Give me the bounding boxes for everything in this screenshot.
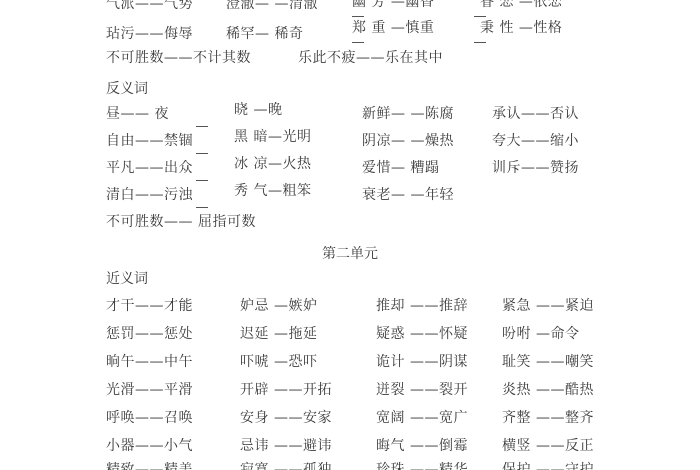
unit-title: 第二单元 xyxy=(0,243,700,263)
dash-mark xyxy=(352,42,364,43)
word-pair: 不可胜数——不计其数 xyxy=(106,50,251,66)
word-pair: 平凡——出众 xyxy=(106,160,193,176)
word-pair: 衰老— —年轻 xyxy=(362,187,454,203)
word-pair: 不可胜数—— 屈指可数 xyxy=(106,214,256,230)
word-pair: 玷污——侮辱 xyxy=(106,26,193,42)
document-page: 气派——气势 澄澈— —清澈 幽 芳 —幽香 眷 恋 —依恋 玷污——侮辱 稀罕… xyxy=(0,0,700,470)
word-pair: 迟延 —拖延 xyxy=(240,326,317,342)
word-pair: 惩罚——惩处 xyxy=(106,326,193,342)
dash-mark xyxy=(196,153,208,154)
word-pair: 吓唬 —恐吓 xyxy=(240,354,317,370)
word-pair: 乐此不疲——乐在其中 xyxy=(298,50,443,66)
word-pair: 清白——污浊 xyxy=(106,187,193,203)
section-heading-synonyms: 近义词 xyxy=(106,268,148,288)
word-pair: 齐整 ——整齐 xyxy=(502,410,594,426)
word-pair: 疑惑 ——怀疑 xyxy=(376,326,468,342)
word-pair: 黑 暗—光明 xyxy=(234,129,311,145)
word-pair: 开辟 ——开拓 xyxy=(240,382,332,398)
word-pair: 迸裂 ——裂开 xyxy=(376,382,468,398)
dash-mark xyxy=(196,180,208,181)
word-pair: 珍珠 ——精华 xyxy=(376,462,468,470)
word-pair: 爱惜— 糟蹋 xyxy=(362,160,439,176)
word-pair: 妒忌 —嫉妒 xyxy=(240,298,317,314)
dash-mark xyxy=(474,16,486,17)
dash-mark xyxy=(352,16,364,17)
word-pair: 才干——才能 xyxy=(106,298,193,314)
word-pair: 眷 恋 —依恋 xyxy=(480,0,562,10)
word-pair: 晓 —晚 xyxy=(234,102,282,118)
word-pair: 幽 芳 —幽香 xyxy=(352,0,434,10)
word-pair: 稀罕— 稀奇 xyxy=(226,26,303,42)
word-pair: 秀 气—粗笨 xyxy=(234,183,311,199)
word-pair: 光滑——平滑 xyxy=(106,382,193,398)
word-pair: 晦气 ——倒霉 xyxy=(376,438,468,454)
word-pair: 新鲜— —陈腐 xyxy=(362,106,454,122)
word-pair: 忌讳 ——避讳 xyxy=(240,438,332,454)
word-pair: 郑 重 —慎重 xyxy=(352,20,434,36)
word-pair: 呼唤——召唤 xyxy=(106,410,193,426)
word-pair: 横竖 ——反正 xyxy=(502,438,594,454)
word-pair: 阴凉— —燥热 xyxy=(362,133,454,149)
word-pair: 澄澈— —清澈 xyxy=(226,0,318,12)
section-heading-antonyms: 反义词 xyxy=(106,78,148,98)
word-pair: 寂寞 ——孤独 xyxy=(240,462,332,470)
word-pair: 晌午——中午 xyxy=(106,354,193,370)
dash-mark xyxy=(474,42,486,43)
word-pair: 诡计 ——阴谋 xyxy=(376,354,468,370)
word-pair: 冰 凉—火热 xyxy=(234,156,311,172)
word-pair: 训斥——赞扬 xyxy=(492,160,579,176)
word-pair: 小器——小气 xyxy=(106,438,193,454)
word-pair: 自由——禁锢 xyxy=(106,133,193,149)
word-pair: 宽阔 ——宽广 xyxy=(376,410,468,426)
word-pair: 承认——否认 xyxy=(492,106,579,122)
word-pair: 推却 ——推辞 xyxy=(376,298,468,314)
word-pair: 炎热 ——酷热 xyxy=(502,382,594,398)
word-pair: 吩咐 —命令 xyxy=(502,326,579,342)
word-pair: 气派——气势 xyxy=(106,0,193,12)
word-pair: 夸大——缩小 xyxy=(492,133,579,149)
word-pair: 保护 ——守护 xyxy=(502,462,594,470)
word-pair: 耻笑 ——嘲笑 xyxy=(502,354,594,370)
dash-mark xyxy=(196,207,208,208)
word-pair: 精致——精美 xyxy=(106,462,193,470)
word-pair: 昼—— 夜 xyxy=(106,106,169,122)
dash-mark xyxy=(196,126,208,127)
word-pair: 紧急 ——紧迫 xyxy=(502,298,594,314)
word-pair: 秉 性 —性格 xyxy=(480,20,562,36)
word-pair: 安身 ——安家 xyxy=(240,410,332,426)
